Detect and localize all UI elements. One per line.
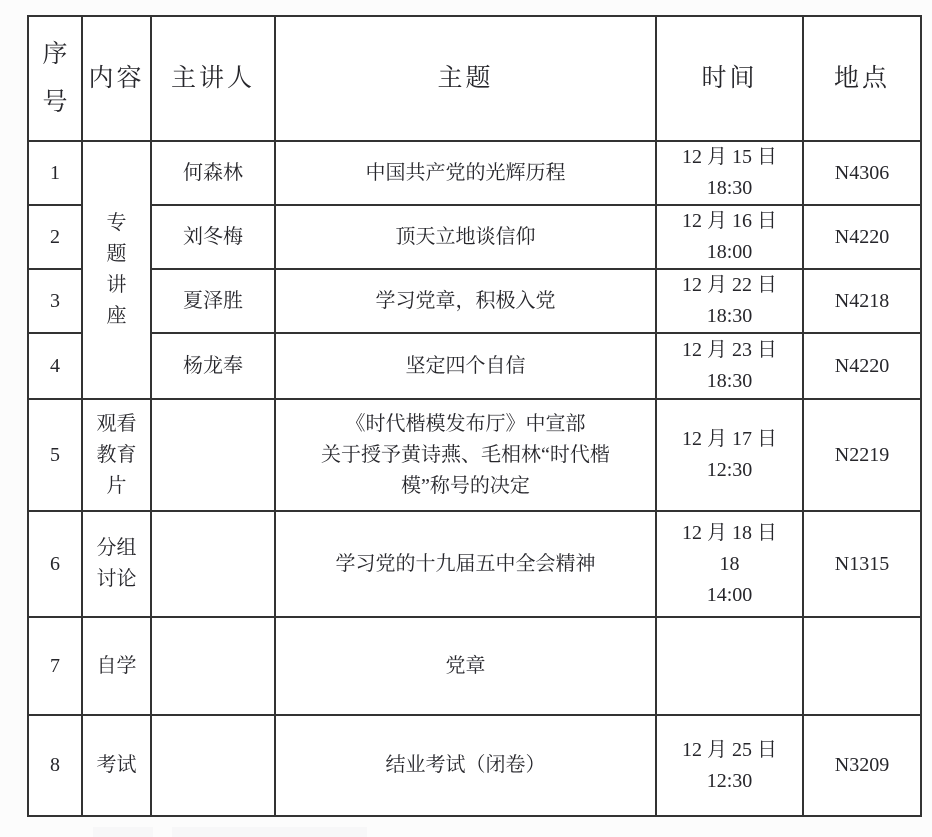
content-header: 内容 bbox=[82, 16, 151, 141]
content-cell: 观看 教育 片 bbox=[82, 399, 151, 511]
serial-number-header: 序 号 bbox=[28, 16, 82, 141]
time-cell bbox=[656, 617, 803, 715]
topic-cell: 学习党章，积极入党 bbox=[275, 269, 656, 333]
table-row: 8 考试 结业考试（闭卷） 12 月 25 日 12:30 N3209 bbox=[28, 715, 921, 816]
topic-cell: 顶天立地谈信仰 bbox=[275, 205, 656, 269]
location-cell: N4220 bbox=[803, 205, 921, 269]
time-cell: 12 月 16 日 18:00 bbox=[656, 205, 803, 269]
speaker-cell: 夏泽胜 bbox=[151, 269, 275, 333]
content-merged-cell: 专 题 讲 座 bbox=[82, 141, 151, 399]
speaker-cell: 何森林 bbox=[151, 141, 275, 205]
speaker-cell bbox=[151, 399, 275, 511]
serial-cell: 2 bbox=[28, 205, 82, 269]
serial-cell: 7 bbox=[28, 617, 82, 715]
table-row: 3 夏泽胜 学习党章，积极入党 12 月 22 日 18:30 N4218 bbox=[28, 269, 921, 333]
time-cell: 12 月 22 日 18:30 bbox=[656, 269, 803, 333]
serial-cell: 6 bbox=[28, 511, 82, 617]
speaker-cell bbox=[151, 617, 275, 715]
speaker-cell: 杨龙奉 bbox=[151, 333, 275, 399]
time-cell: 12 月 15 日 18:30 bbox=[656, 141, 803, 205]
content-cell: 自学 bbox=[82, 617, 151, 715]
time-cell: 12 月 25 日 12:30 bbox=[656, 715, 803, 816]
location-cell: N2219 bbox=[803, 399, 921, 511]
cropped-content-fragment bbox=[172, 827, 367, 837]
topic-cell: 学习党的十九届五中全会精神 bbox=[275, 511, 656, 617]
location-cell bbox=[803, 617, 921, 715]
serial-cell: 3 bbox=[28, 269, 82, 333]
table-row: 4 杨龙奉 坚定四个自信 12 月 23 日 18:30 N4220 bbox=[28, 333, 921, 399]
speaker-header: 主讲人 bbox=[151, 16, 275, 141]
time-header: 时间 bbox=[656, 16, 803, 141]
location-cell: N4220 bbox=[803, 333, 921, 399]
speaker-cell bbox=[151, 715, 275, 816]
topic-cell: 《时代楷模发布厅》中宣部 关于授予黄诗燕、毛相林“时代楷 模”称号的决定 bbox=[275, 399, 656, 511]
cropped-content-fragment bbox=[93, 827, 153, 837]
table-header-row: 序 号 内容 主讲人 主题 时间 地点 bbox=[28, 16, 921, 141]
topic-cell: 坚定四个自信 bbox=[275, 333, 656, 399]
speaker-cell bbox=[151, 511, 275, 617]
table-row: 6 分组 讨论 学习党的十九届五中全会精神 12 月 18 日 18 14:00… bbox=[28, 511, 921, 617]
topic-cell: 结业考试（闭卷） bbox=[275, 715, 656, 816]
location-cell: N1315 bbox=[803, 511, 921, 617]
serial-cell: 1 bbox=[28, 141, 82, 205]
time-cell: 12 月 18 日 18 14:00 bbox=[656, 511, 803, 617]
serial-cell: 8 bbox=[28, 715, 82, 816]
table-row: 1 专 题 讲 座 何森林 中国共产党的光辉历程 12 月 15 日 18:30… bbox=[28, 141, 921, 205]
time-cell: 12 月 23 日 18:30 bbox=[656, 333, 803, 399]
location-header: 地点 bbox=[803, 16, 921, 141]
speaker-cell: 刘冬梅 bbox=[151, 205, 275, 269]
topic-header: 主题 bbox=[275, 16, 656, 141]
serial-cell: 5 bbox=[28, 399, 82, 511]
schedule-table: 序 号 内容 主讲人 主题 时间 地点 1 专 题 讲 座 何森林 中国共产党的… bbox=[27, 15, 922, 817]
table-row: 2 刘冬梅 顶天立地谈信仰 12 月 16 日 18:00 N4220 bbox=[28, 205, 921, 269]
time-cell: 12 月 17 日 12:30 bbox=[656, 399, 803, 511]
topic-cell: 中国共产党的光辉历程 bbox=[275, 141, 656, 205]
serial-cell: 4 bbox=[28, 333, 82, 399]
content-cell: 分组 讨论 bbox=[82, 511, 151, 617]
table-row: 5 观看 教育 片 《时代楷模发布厅》中宣部 关于授予黄诗燕、毛相林“时代楷 模… bbox=[28, 399, 921, 511]
location-cell: N3209 bbox=[803, 715, 921, 816]
location-cell: N4218 bbox=[803, 269, 921, 333]
topic-cell: 党章 bbox=[275, 617, 656, 715]
content-cell: 考试 bbox=[82, 715, 151, 816]
table-row: 7 自学 党章 bbox=[28, 617, 921, 715]
location-cell: N4306 bbox=[803, 141, 921, 205]
page: 序 号 内容 主讲人 主题 时间 地点 1 专 题 讲 座 何森林 中国共产党的… bbox=[0, 0, 932, 837]
